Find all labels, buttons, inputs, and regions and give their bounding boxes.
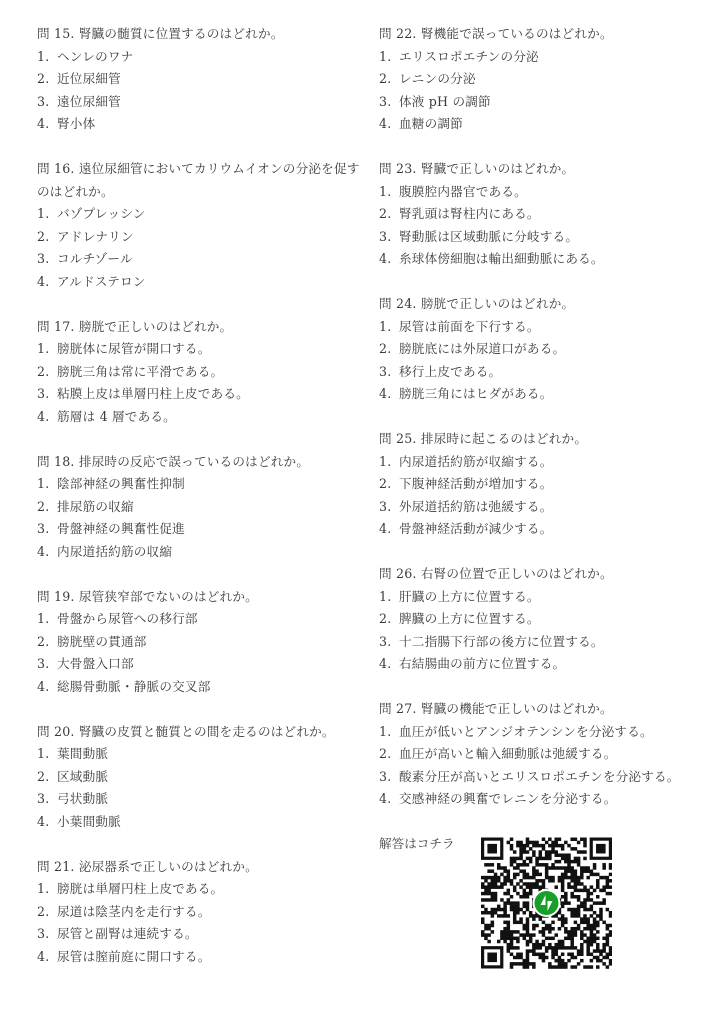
option-text: 筋層は 4 層である。 bbox=[57, 406, 176, 429]
answer-option: 2.膀胱底には外尿道口がある。 bbox=[379, 338, 714, 361]
answer-option: 3.腎動脈は区域動脈に分岐する。 bbox=[379, 226, 714, 249]
option-text: 交感神経の興奮でレニンを分泌する。 bbox=[399, 788, 617, 811]
answer-option: 4.内尿道括約筋の収縮 bbox=[37, 541, 362, 564]
option-number: 1. bbox=[37, 608, 57, 631]
option-text: エリスロポエチンの分泌 bbox=[399, 46, 539, 69]
option-text: 膀胱三角は常に平滑である。 bbox=[57, 361, 223, 384]
option-number: 1. bbox=[379, 46, 399, 69]
option-number: 1. bbox=[37, 338, 57, 361]
answer-section: 解答はコチラ bbox=[379, 833, 714, 973]
option-text: アルドステロン bbox=[57, 271, 146, 294]
option-text: 腹膜腔内器官である。 bbox=[399, 181, 527, 204]
option-number: 2. bbox=[37, 496, 57, 519]
option-number: 1. bbox=[379, 721, 399, 744]
option-text: 総腸骨動脈・静脈の交叉部 bbox=[57, 676, 211, 699]
option-text: 尿道は陰茎内を走行する。 bbox=[57, 901, 211, 924]
answer-option: 4.腎小体 bbox=[37, 113, 362, 136]
answer-option: 4.尿管は膣前庭に開口する。 bbox=[37, 946, 362, 969]
answer-option: 1.ヘンレのワナ bbox=[37, 46, 362, 69]
option-number: 4. bbox=[379, 653, 399, 676]
option-number: 2. bbox=[37, 226, 57, 249]
option-text: 尿管は膣前庭に開口する。 bbox=[57, 946, 211, 969]
answer-option: 3.十二指腸下行部の後方に位置する。 bbox=[379, 631, 714, 654]
option-number: 2. bbox=[379, 473, 399, 496]
option-text: 体液 pH の調節 bbox=[399, 91, 491, 114]
question-block: 問 27. 腎臓の機能で正しいのはどれか。1.血圧が低いとアンジオテンシンを分泌… bbox=[379, 698, 714, 811]
option-number: 3. bbox=[37, 788, 57, 811]
question-stem: 問 21. 泌尿器系で正しいのはどれか。 bbox=[37, 856, 362, 879]
option-text: 尿管と副腎は連続する。 bbox=[57, 923, 198, 946]
question-block: 問 25. 排尿時に起こるのはどれか。1.内尿道括約筋が収縮する。2.下腹神経活… bbox=[379, 428, 714, 541]
option-text: 右結腸曲の前方に位置する。 bbox=[399, 653, 565, 676]
question-stem: 問 18. 排尿時の反応で誤っているのはどれか。 bbox=[37, 451, 362, 474]
option-text: レニンの分泌 bbox=[399, 68, 476, 91]
question-block: 問 15. 腎臓の髄質に位置するのはどれか。1.ヘンレのワナ2.近位尿細管3.遠… bbox=[37, 23, 362, 136]
option-text: 排尿筋の収縮 bbox=[57, 496, 134, 519]
answer-option: 1.陰部神経の興奮性抑制 bbox=[37, 473, 362, 496]
option-text: 膀胱壁の貫通部 bbox=[57, 631, 147, 654]
answer-option: 1.エリスロポエチンの分泌 bbox=[379, 46, 714, 69]
option-number: 3. bbox=[379, 631, 399, 654]
option-text: 近位尿細管 bbox=[57, 68, 121, 91]
option-number: 3. bbox=[379, 91, 399, 114]
question-stem: 問 27. 腎臓の機能で正しいのはどれか。 bbox=[379, 698, 714, 721]
option-text: 内尿道括約筋が収縮する。 bbox=[399, 451, 553, 474]
answer-option: 4.総腸骨動脈・静脈の交叉部 bbox=[37, 676, 362, 699]
option-number: 2. bbox=[379, 743, 399, 766]
option-text: 遠位尿細管 bbox=[57, 91, 121, 114]
option-text: コルチゾール bbox=[57, 248, 133, 271]
option-number: 2. bbox=[37, 631, 57, 654]
question-stem: 問 17. 膀胱で正しいのはどれか。 bbox=[37, 316, 362, 339]
option-text: 血圧が低いとアンジオテンシンを分泌する。 bbox=[399, 721, 653, 744]
option-number: 1. bbox=[379, 586, 399, 609]
option-number: 4. bbox=[37, 271, 57, 294]
option-text: 十二指腸下行部の後方に位置する。 bbox=[399, 631, 604, 654]
option-number: 2. bbox=[37, 901, 57, 924]
option-text: 尿管は前面を下行する。 bbox=[399, 316, 540, 339]
option-text: 陰部神経の興奮性抑制 bbox=[57, 473, 185, 496]
option-number: 3. bbox=[379, 766, 399, 789]
right-question-column: 問 22. 腎機能で誤っているのはどれか。1.エリスロポエチンの分泌2.レニンの… bbox=[379, 23, 714, 973]
answer-option: 1.内尿道括約筋が収縮する。 bbox=[379, 451, 714, 474]
option-text: 腎乳頭は腎柱内にある。 bbox=[399, 203, 540, 226]
option-number: 1. bbox=[37, 473, 57, 496]
answer-option: 2.近位尿細管 bbox=[37, 68, 362, 91]
question-block: 問 20. 腎臓の皮質と髄質との間を走るのはどれか。1.葉間動脈2.区域動脈3.… bbox=[37, 721, 362, 834]
option-text: 内尿道括約筋の収縮 bbox=[57, 541, 172, 564]
answer-option: 2.区域動脈 bbox=[37, 766, 362, 789]
option-text: 小葉間動脈 bbox=[57, 811, 121, 834]
option-number: 1. bbox=[379, 451, 399, 474]
option-number: 3. bbox=[37, 248, 57, 271]
option-text: 下腹神経活動が増加する。 bbox=[399, 473, 553, 496]
answer-option: 3.遠位尿細管 bbox=[37, 91, 362, 114]
answer-option: 3.粘膜上皮は単層円柱上皮である。 bbox=[37, 383, 362, 406]
question-block: 問 26. 右腎の位置で正しいのはどれか。1.肝臓の上方に位置する。2.脾臓の上… bbox=[379, 563, 714, 676]
question-block: 問 17. 膀胱で正しいのはどれか。1.膀胱体に尿管が開口する。2.膀胱三角は常… bbox=[37, 316, 362, 429]
answer-option: 2.アドレナリン bbox=[37, 226, 362, 249]
option-number: 4. bbox=[37, 406, 57, 429]
answer-option: 3.コルチゾール bbox=[37, 248, 362, 271]
answer-option: 4.糸球体傍細胞は輸出細動脈にある。 bbox=[379, 248, 714, 271]
option-text: 骨盤から尿管への移行部 bbox=[57, 608, 198, 631]
option-text: 膀胱体に尿管が開口する。 bbox=[57, 338, 211, 361]
option-text: 肝臓の上方に位置する。 bbox=[399, 586, 540, 609]
option-text: 外尿道括約筋は弛緩する。 bbox=[399, 496, 553, 519]
option-number: 3. bbox=[37, 383, 57, 406]
option-number: 4. bbox=[379, 248, 399, 271]
answer-option: 1.膀胱体に尿管が開口する。 bbox=[37, 338, 362, 361]
answer-option: 2.膀胱壁の貫通部 bbox=[37, 631, 362, 654]
option-number: 3. bbox=[379, 361, 399, 384]
option-number: 3. bbox=[37, 518, 57, 541]
answer-option: 3.大骨盤入口部 bbox=[37, 653, 362, 676]
option-text: 腎小体 bbox=[57, 113, 95, 136]
option-number: 3. bbox=[37, 923, 57, 946]
answer-option: 4.交感神経の興奮でレニンを分泌する。 bbox=[379, 788, 714, 811]
option-number: 2. bbox=[379, 608, 399, 631]
option-text: 大骨盤入口部 bbox=[57, 653, 134, 676]
answer-option: 1.膀胱は単層円柱上皮である。 bbox=[37, 878, 362, 901]
answer-option: 3.移行上皮である。 bbox=[379, 361, 714, 384]
option-number: 2. bbox=[37, 68, 57, 91]
answer-option: 2.腎乳頭は腎柱内にある。 bbox=[379, 203, 714, 226]
answer-option: 3.酸素分圧が高いとエリスロポエチンを分泌する。 bbox=[379, 766, 714, 789]
option-number: 2. bbox=[37, 361, 57, 384]
option-number: 2. bbox=[379, 68, 399, 91]
option-text: ヘンレのワナ bbox=[57, 46, 133, 69]
option-text: 弓状動脈 bbox=[57, 788, 108, 811]
option-number: 4. bbox=[37, 811, 57, 834]
question-stem: 問 16. 遠位尿細管においてカリウムイオンの分泌を促すのはどれか。 bbox=[37, 158, 362, 203]
option-text: 骨盤神経活動が減少する。 bbox=[399, 518, 553, 541]
question-stem: 問 24. 膀胱で正しいのはどれか。 bbox=[379, 293, 714, 316]
answer-option: 3.弓状動脈 bbox=[37, 788, 362, 811]
option-text: バゾプレッシン bbox=[57, 203, 146, 226]
option-number: 4. bbox=[379, 113, 399, 136]
option-number: 1. bbox=[37, 46, 57, 69]
answer-option: 1.尿管は前面を下行する。 bbox=[379, 316, 714, 339]
option-text: アドレナリン bbox=[57, 226, 134, 249]
question-stem: 問 20. 腎臓の皮質と髄質との間を走るのはどれか。 bbox=[37, 721, 362, 744]
answer-option: 3.体液 pH の調節 bbox=[379, 91, 714, 114]
question-block: 問 23. 腎臓で正しいのはどれか。1.腹膜腔内器官である。2.腎乳頭は腎柱内に… bbox=[379, 158, 714, 271]
question-block: 問 24. 膀胱で正しいのはどれか。1.尿管は前面を下行する。2.膀胱底には外尿… bbox=[379, 293, 714, 406]
answer-option: 4.小葉間動脈 bbox=[37, 811, 362, 834]
option-number: 4. bbox=[37, 946, 57, 969]
option-number: 3. bbox=[379, 496, 399, 519]
answer-option: 4.右結腸曲の前方に位置する。 bbox=[379, 653, 714, 676]
answer-option: 2.脾臓の上方に位置する。 bbox=[379, 608, 714, 631]
lightning-logo-icon bbox=[535, 891, 559, 915]
option-text: 膀胱底には外尿道口がある。 bbox=[399, 338, 565, 361]
answer-option: 2.下腹神経活動が増加する。 bbox=[379, 473, 714, 496]
qr-code-icon[interactable] bbox=[481, 837, 612, 969]
answer-option: 1.血圧が低いとアンジオテンシンを分泌する。 bbox=[379, 721, 714, 744]
option-text: 膀胱三角にはヒダがある。 bbox=[399, 383, 553, 406]
answer-option: 2.血圧が高いと輸入細動脈は弛緩する。 bbox=[379, 743, 714, 766]
answer-option: 3.尿管と副腎は連続する。 bbox=[37, 923, 362, 946]
option-number: 4. bbox=[37, 113, 57, 136]
option-number: 1. bbox=[379, 181, 399, 204]
option-text: 移行上皮である。 bbox=[399, 361, 501, 384]
question-block: 問 21. 泌尿器系で正しいのはどれか。1.膀胱は単層円柱上皮である。2.尿道は… bbox=[37, 856, 362, 969]
option-number: 4. bbox=[37, 541, 57, 564]
answer-option: 4.膀胱三角にはヒダがある。 bbox=[379, 383, 714, 406]
answer-option: 1.葉間動脈 bbox=[37, 743, 362, 766]
option-number: 3. bbox=[37, 653, 57, 676]
question-block: 問 16. 遠位尿細管においてカリウムイオンの分泌を促すのはどれか。1.バゾプレ… bbox=[37, 158, 362, 293]
question-stem: 問 26. 右腎の位置で正しいのはどれか。 bbox=[379, 563, 714, 586]
option-text: 血糖の調節 bbox=[399, 113, 463, 136]
answer-option: 3.骨盤神経の興奮性促進 bbox=[37, 518, 362, 541]
option-text: 膀胱は単層円柱上皮である。 bbox=[57, 878, 223, 901]
option-number: 4. bbox=[379, 518, 399, 541]
question-stem: 問 22. 腎機能で誤っているのはどれか。 bbox=[379, 23, 714, 46]
option-number: 4. bbox=[379, 788, 399, 811]
question-block: 問 22. 腎機能で誤っているのはどれか。1.エリスロポエチンの分泌2.レニンの… bbox=[379, 23, 714, 136]
option-number: 2. bbox=[37, 766, 57, 789]
answer-option: 2.レニンの分泌 bbox=[379, 68, 714, 91]
option-number: 1. bbox=[379, 316, 399, 339]
answer-link-label: 解答はコチラ bbox=[379, 833, 455, 856]
left-question-column: 問 15. 腎臓の髄質に位置するのはどれか。1.ヘンレのワナ2.近位尿細管3.遠… bbox=[37, 23, 362, 991]
question-stem: 問 25. 排尿時に起こるのはどれか。 bbox=[379, 428, 714, 451]
answer-option: 1.骨盤から尿管への移行部 bbox=[37, 608, 362, 631]
option-number: 3. bbox=[379, 226, 399, 249]
option-text: 脾臓の上方に位置する。 bbox=[399, 608, 540, 631]
qr-pattern bbox=[481, 837, 612, 969]
answer-option: 4.筋層は 4 層である。 bbox=[37, 406, 362, 429]
answer-option: 2.膀胱三角は常に平滑である。 bbox=[37, 361, 362, 384]
option-number: 4. bbox=[379, 383, 399, 406]
option-number: 2. bbox=[379, 203, 399, 226]
answer-option: 4.骨盤神経活動が減少する。 bbox=[379, 518, 714, 541]
answer-option: 3.外尿道括約筋は弛緩する。 bbox=[379, 496, 714, 519]
answer-option: 2.排尿筋の収縮 bbox=[37, 496, 362, 519]
option-number: 2. bbox=[379, 338, 399, 361]
option-text: 粘膜上皮は単層円柱上皮である。 bbox=[57, 383, 249, 406]
option-number: 3. bbox=[37, 91, 57, 114]
answer-option: 4.血糖の調節 bbox=[379, 113, 714, 136]
option-number: 4. bbox=[37, 676, 57, 699]
question-stem: 問 19. 尿管狭窄部でないのはどれか。 bbox=[37, 586, 362, 609]
question-stem: 問 15. 腎臓の髄質に位置するのはどれか。 bbox=[37, 23, 362, 46]
option-text: 腎動脈は区域動脈に分岐する。 bbox=[399, 226, 578, 249]
answer-option: 4.アルドステロン bbox=[37, 271, 362, 294]
option-text: 血圧が高いと輸入細動脈は弛緩する。 bbox=[399, 743, 617, 766]
option-number: 1. bbox=[37, 743, 57, 766]
option-text: 酸素分圧が高いとエリスロポエチンを分泌する。 bbox=[399, 766, 680, 789]
option-text: 区域動脈 bbox=[57, 766, 108, 789]
option-text: 葉間動脈 bbox=[57, 743, 108, 766]
answer-option: 2.尿道は陰茎内を走行する。 bbox=[37, 901, 362, 924]
option-text: 骨盤神経の興奮性促進 bbox=[57, 518, 185, 541]
question-block: 問 18. 排尿時の反応で誤っているのはどれか。1.陰部神経の興奮性抑制2.排尿… bbox=[37, 451, 362, 564]
question-stem: 問 23. 腎臓で正しいのはどれか。 bbox=[379, 158, 714, 181]
answer-option: 1.バゾプレッシン bbox=[37, 203, 362, 226]
answer-option: 1.肝臓の上方に位置する。 bbox=[379, 586, 714, 609]
question-block: 問 19. 尿管狭窄部でないのはどれか。1.骨盤から尿管への移行部2.膀胱壁の貫… bbox=[37, 586, 362, 699]
option-number: 1. bbox=[37, 878, 57, 901]
answer-option: 1.腹膜腔内器官である。 bbox=[379, 181, 714, 204]
option-text: 糸球体傍細胞は輸出細動脈にある。 bbox=[399, 248, 604, 271]
option-number: 1. bbox=[37, 203, 57, 226]
